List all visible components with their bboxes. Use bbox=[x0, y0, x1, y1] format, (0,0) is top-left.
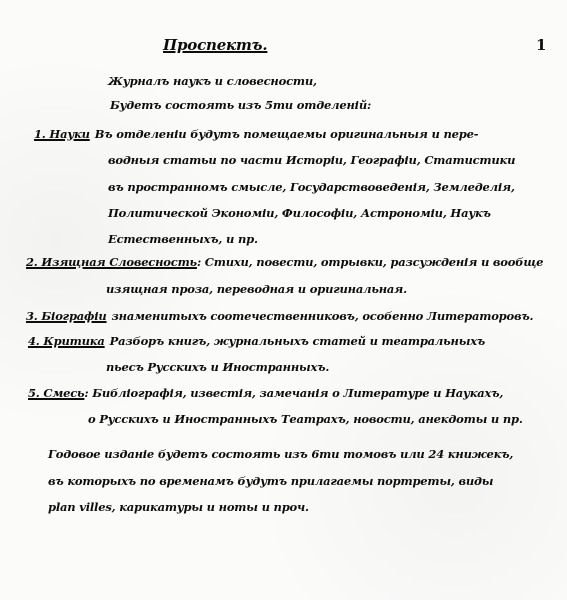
section-3-text: знаменитыхъ соотечественниковъ, особенно… bbox=[112, 309, 534, 323]
intro-line-1: Журналъ наукъ и словесности, bbox=[108, 74, 317, 88]
section-5-line-2: о Русскихъ и Иностранныхъ Театрахъ, ново… bbox=[88, 412, 523, 426]
section-4-line-2: пьесъ Русскихъ и Иностранныхъ. bbox=[106, 360, 329, 374]
section-1-line-2: водныя статьи по части Исторіи, Географі… bbox=[108, 153, 515, 167]
closing-line-2: въ которыхъ по временамъ будутъ прилагае… bbox=[48, 474, 493, 488]
section-1-line-4: Политической Экономіи, Философіи, Астрон… bbox=[108, 206, 491, 220]
section-5-heading: 5. Смесь bbox=[28, 386, 84, 400]
section-1-text: Въ отделеніи будутъ помещаемы оригинальн… bbox=[95, 127, 479, 141]
section-4-text: Разборъ книгъ, журнальныхъ статей и теат… bbox=[110, 334, 485, 348]
closing-line-3: plan villes, карикатуры и ноты и проч. bbox=[48, 500, 309, 514]
closing-line-1: Годовое изданіе будетъ состоять изъ 6ти … bbox=[48, 447, 513, 461]
section-1-line-3: въ пространномъ смысле, Государствоведен… bbox=[108, 180, 515, 194]
intro-line-2: Будетъ состоять изъ 5ти отделеній: bbox=[110, 98, 371, 112]
section-5-first-line: 5. Смесь: Библіографія, известія, замеча… bbox=[28, 386, 503, 400]
page-title: Проспектъ. bbox=[163, 36, 267, 54]
section-1-heading: 1. Науки bbox=[34, 127, 90, 141]
section-3-heading: 3. Біографіи bbox=[26, 309, 107, 323]
section-2-heading: 2. Изящная Словесность bbox=[26, 255, 197, 269]
section-2-line-2: изящная проза, переводная и оригинальная… bbox=[106, 282, 407, 296]
section-4-first-line: 4. КритикаРазборъ книгъ, журнальныхъ ста… bbox=[28, 334, 485, 348]
section-1-first-line: 1. НаукиВъ отделеніи будутъ помещаемы ор… bbox=[34, 127, 478, 141]
manuscript-page: Проспектъ. 1 Журналъ наукъ и словесности… bbox=[0, 0, 567, 600]
section-5-text: : Библіографія, известія, замечанія о Ли… bbox=[84, 386, 503, 400]
section-2-text: : Стихи, повести, отрывки, разсужденія и… bbox=[197, 255, 543, 269]
section-1-line-5: Естественныхъ, и пр. bbox=[108, 232, 258, 246]
section-2-first-line: 2. Изящная Словесность: Стихи, повести, … bbox=[26, 255, 543, 269]
section-4-heading: 4. Критика bbox=[28, 334, 105, 348]
page-number: 1 bbox=[536, 36, 546, 54]
section-3-first-line: 3. Біографіизнаменитыхъ соотечественнико… bbox=[26, 309, 533, 323]
